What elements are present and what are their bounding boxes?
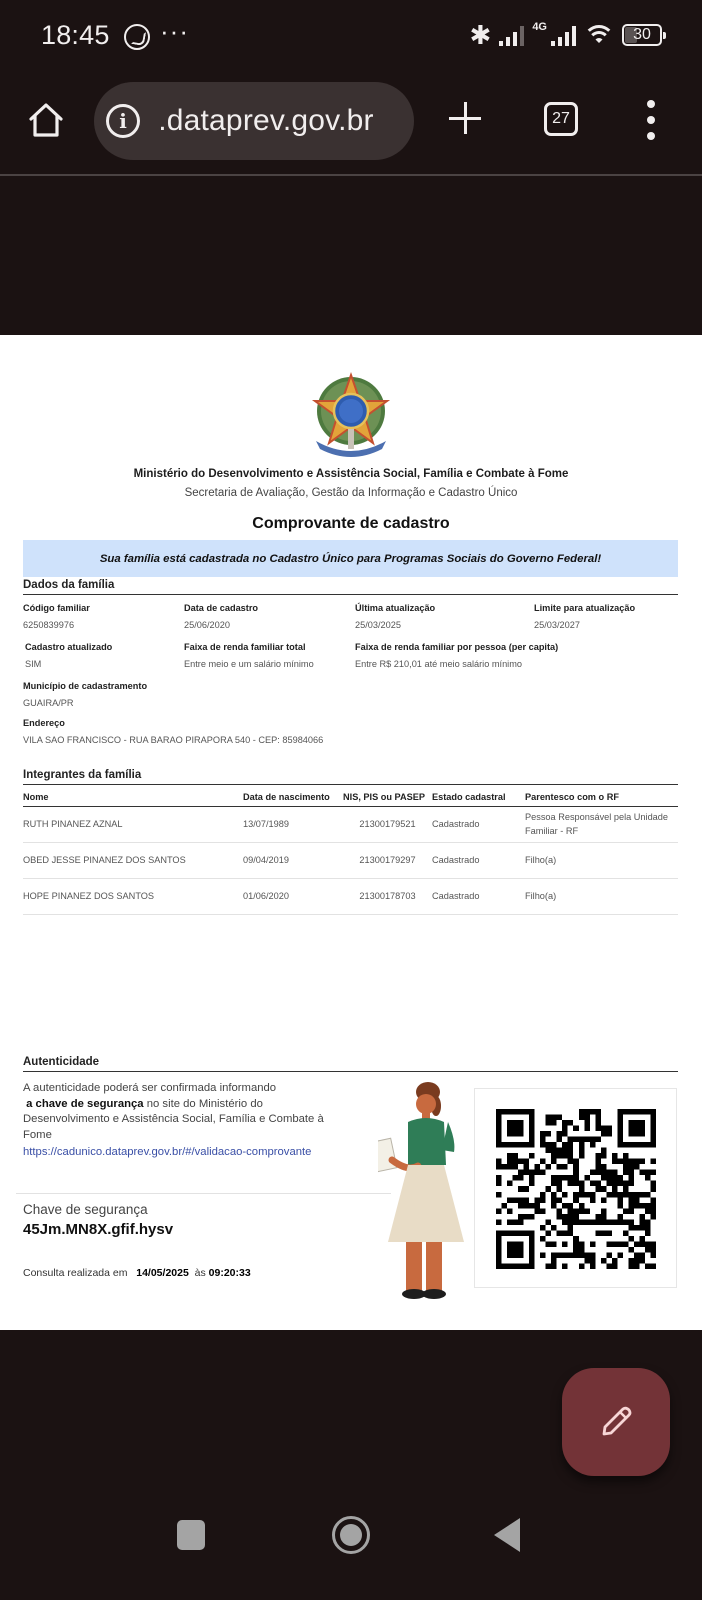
tab-switcher-button[interactable]: 27 <box>544 102 578 136</box>
ultima-atualizacao-label: Última atualização <box>355 603 435 613</box>
member-name: RUTH PINANEZ AZNAL <box>23 806 243 842</box>
security-key-label: Chave de segurança <box>23 1202 148 1217</box>
ministry-name: Ministério do Desenvolvimento e Assistên… <box>0 468 702 480</box>
url-text[interactable]: .dataprev.gov.br <box>152 104 374 138</box>
cadastro-atualizado-value: SIM <box>25 659 41 669</box>
browser-toolbar: i .dataprev.gov.br 27 <box>0 78 702 174</box>
data-cadastro-label: Data de cadastro <box>184 603 258 613</box>
signal-sim2-4g-icon <box>551 24 576 46</box>
member-nis: 21300178703 <box>343 878 432 914</box>
info-icon[interactable]: i <box>106 104 140 138</box>
woman-holding-document-illustration <box>378 1080 474 1300</box>
column-header-parentesco: Parentesco com o RF <box>525 788 678 806</box>
security-key-value: 45Jm.MN8X.gfif.hysv <box>23 1221 173 1238</box>
battery-level: 30 <box>633 26 651 43</box>
municipio-value: GUAIRA/PR <box>23 698 74 708</box>
document-page: Ministério do Desenvolvimento e Assistên… <box>0 335 702 1330</box>
whatsapp-icon <box>124 24 150 50</box>
consulta-timestamp: Consulta realizada em 14/05/2025 às 09:2… <box>23 1267 251 1279</box>
status-time: 18:45 <box>41 20 110 51</box>
member-status: Cadastrado <box>432 842 525 878</box>
member-birthdate: 01/06/2020 <box>243 878 343 914</box>
new-tab-button[interactable] <box>445 98 485 138</box>
member-birthdate: 09/04/2019 <box>243 842 343 878</box>
authenticity-text: A autenticidade poderá ser confirmada in… <box>23 1081 343 1143</box>
column-header-nome: Nome <box>23 788 243 806</box>
member-relationship: Filho(a) <box>525 878 678 914</box>
column-header-nascimento: Data de nascimento <box>243 788 343 806</box>
member-nis: 21300179297 <box>343 842 432 878</box>
municipio-label: Município de cadastramento <box>23 681 147 691</box>
auth-text-part: A autenticidade poderá ser confirmada in… <box>23 1082 276 1094</box>
consulta-sep: às <box>195 1267 206 1279</box>
table-row: OBED JESSE PINANEZ DOS SANTOS 09/04/2019… <box>23 842 678 878</box>
members-section-heading: Integrantes da família <box>23 769 678 785</box>
renda-total-value: Entre meio e um salário mínimo <box>184 659 314 669</box>
more-notifications-icon: ··· <box>160 16 189 47</box>
codigo-familiar-value: 6250839976 <box>23 620 74 630</box>
table-row: RUTH PINANEZ AZNAL 13/07/1989 2130017952… <box>23 806 678 842</box>
consulta-prefix: Consulta realizada em <box>23 1267 127 1279</box>
bluetooth-icon: ✱ <box>470 22 492 48</box>
member-birthdate: 13/07/1989 <box>243 806 343 842</box>
wifi-icon <box>584 23 614 47</box>
member-status: Cadastrado <box>432 806 525 842</box>
endereco-label: Endereço <box>23 718 65 728</box>
column-header-nis: NIS, PIS ou PASEP <box>343 788 432 806</box>
divider <box>16 1193 391 1194</box>
validation-link[interactable]: https://cadunico.dataprev.gov.br/#/valid… <box>23 1146 311 1158</box>
member-relationship: Filho(a) <box>525 842 678 878</box>
address-bar[interactable]: i .dataprev.gov.br <box>94 82 414 160</box>
home-circle-icon[interactable] <box>332 1516 370 1554</box>
column-header-estado: Estado cadastral <box>432 788 525 806</box>
limite-atualizacao-label: Limite para atualização <box>534 603 635 613</box>
edit-fab-button[interactable] <box>562 1368 670 1476</box>
recents-icon[interactable] <box>177 1520 205 1550</box>
members-table: Nome Data de nascimento NIS, PIS ou PASE… <box>23 788 678 915</box>
status-bar: 18:45 ··· ✱ 4G 30 <box>0 0 702 78</box>
member-name: HOPE PINANEZ DOS SANTOS <box>23 878 243 914</box>
consulta-date: 14/05/2025 <box>136 1267 189 1279</box>
endereco-value: VILA SAO FRANCISCO - RUA BARAO PIRAPORA … <box>23 735 323 745</box>
edit-pencil-icon <box>596 1402 636 1442</box>
document-title: Comprovante de cadastro <box>0 515 702 533</box>
renda-per-capita-label: Faixa de renda familiar por pessoa (per … <box>355 642 558 652</box>
authenticity-section-heading: Autenticidade <box>23 1056 678 1072</box>
signal-sim1-icon <box>499 24 524 46</box>
home-button[interactable] <box>26 100 66 140</box>
battery-icon: 30 <box>622 24 662 46</box>
ultima-atualizacao-value: 25/03/2025 <box>355 620 401 630</box>
home-icon <box>26 100 66 140</box>
back-icon[interactable] <box>494 1518 520 1552</box>
secretaria-name: Secretaria de Avaliação, Gestão da Infor… <box>0 487 702 499</box>
member-name: OBED JESSE PINANEZ DOS SANTOS <box>23 842 243 878</box>
data-cadastro-value: 25/06/2020 <box>184 620 230 630</box>
auth-text-bold: a chave de segurança <box>26 1098 143 1110</box>
qr-code <box>474 1088 677 1288</box>
codigo-familiar-label: Código familiar <box>23 603 90 613</box>
member-status: Cadastrado <box>432 878 525 914</box>
limite-atualizacao-value: 25/03/2027 <box>534 620 580 630</box>
more-vert-icon[interactable] <box>645 100 657 140</box>
renda-total-label: Faixa de renda familiar total <box>184 642 306 652</box>
member-nis: 21300179521 <box>343 806 432 842</box>
renda-per-capita-value: Entre R$ 210,01 até meio salário mínimo <box>355 659 522 669</box>
brazil-coat-of-arms-icon <box>310 371 392 457</box>
registration-banner: Sua família está cadastrada no Cadastro … <box>23 540 678 577</box>
qr-code-icon <box>495 1109 657 1269</box>
tab-count: 27 <box>552 110 570 128</box>
network-type-label: 4G <box>532 21 547 33</box>
toolbar-divider <box>0 174 702 176</box>
family-section-heading: Dados da família <box>23 579 678 595</box>
members-table-header: Nome Data de nascimento NIS, PIS ou PASE… <box>23 788 678 806</box>
table-row: HOPE PINANEZ DOS SANTOS 01/06/2020 21300… <box>23 878 678 914</box>
cadastro-atualizado-label: Cadastro atualizado <box>25 642 112 652</box>
member-relationship: Pessoa Responsável pela Unidade Familiar… <box>525 806 678 842</box>
consulta-time: 09:20:33 <box>209 1267 251 1279</box>
